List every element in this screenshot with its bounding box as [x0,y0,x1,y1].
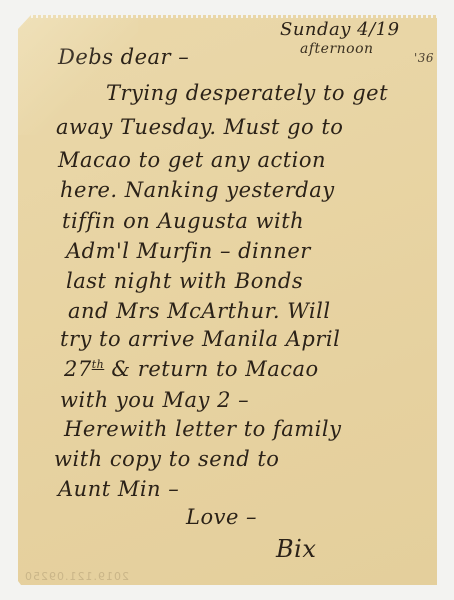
body-line: tiffin on Augusta with [62,209,304,233]
salutation: Debs dear – [58,45,189,69]
date-line: Sunday 4/19 [280,19,400,40]
body-line: with you May 2 – [60,388,249,412]
line-text: & return to Macao [104,357,318,381]
body-line: 27th & return to Macao [64,357,319,381]
body-line: with copy to send to [54,447,279,471]
closing: Love – [186,505,257,529]
body-line: last night with Bonds [66,269,303,293]
ordinal-suffix: th [92,358,105,371]
body-line: Macao to get any action [58,148,326,172]
body-line: Trying desperately to get [106,81,388,105]
body-line: try to arrive Manila April [60,327,340,351]
time-line: afternoon [300,41,374,57]
body-line: Aunt Min – [58,477,179,501]
signature: Bix [276,535,316,563]
body-line: away Tuesday. Must go to [56,115,343,139]
body-line: here. Nanking yesterday [60,178,335,202]
year-note: '36 [414,51,434,65]
accession-number-showthrough: 2019.121.09250 [24,570,129,583]
body-line: and Mrs McArthur. Will [68,299,331,323]
letter-paper: Sunday 4/19 afternoon '36 Debs dear – Tr… [18,15,437,585]
body-line: Herewith letter to family [64,417,341,441]
date-number: 27 [64,357,92,381]
scan-background: Sunday 4/19 afternoon '36 Debs dear – Tr… [0,0,454,600]
body-line: Adm'l Murfin – dinner [66,239,311,263]
